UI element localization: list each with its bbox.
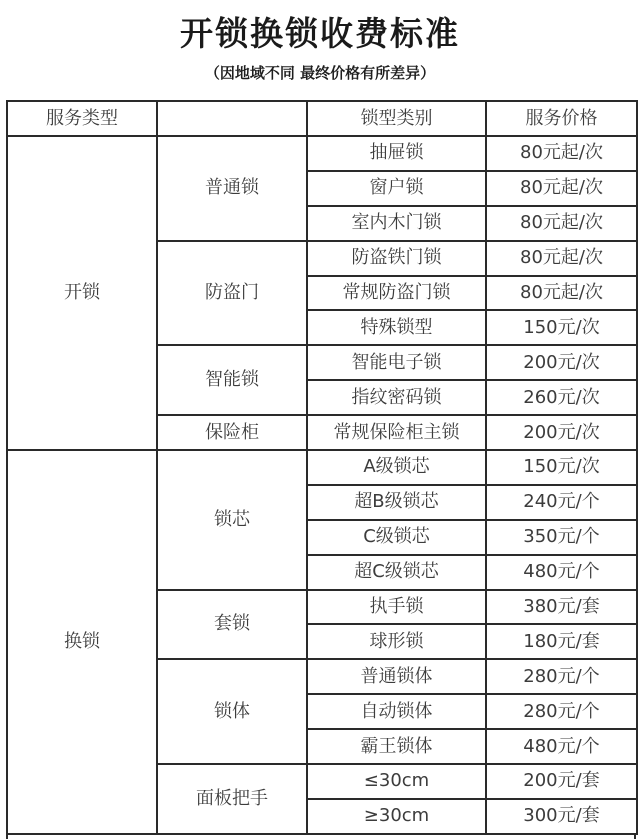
table-continuation-edge	[6, 833, 636, 839]
lock-type-cell: ≥30cm	[307, 799, 486, 834]
subcategory-cell: 套锁	[157, 590, 307, 660]
lock-type-cell: 防盗铁门锁	[307, 241, 486, 276]
price-cell: 180元/套	[486, 624, 637, 659]
price-cell: 80元起/次	[486, 276, 637, 311]
column-header-subcategory	[157, 101, 307, 136]
subcategory-cell: 面板把手	[157, 764, 307, 834]
lock-type-cell: 特殊锁型	[307, 310, 486, 345]
lock-type-cell: 室内木门锁	[307, 206, 486, 241]
lock-type-cell: 超B级锁芯	[307, 485, 486, 520]
price-cell: 350元/个	[486, 520, 637, 555]
service-type-cell: 换锁	[7, 450, 157, 834]
page-subtitle: （因地域不同 最终价格有所差异）	[0, 62, 640, 84]
lock-type-cell: ≤30cm	[307, 764, 486, 799]
lock-type-cell: 霸王锁体	[307, 729, 486, 764]
subcategory-cell: 锁体	[157, 659, 307, 764]
table-row: 换锁锁芯A级锁芯150元/次	[7, 450, 637, 485]
lock-type-cell: 球形锁	[307, 624, 486, 659]
price-cell: 150元/次	[486, 450, 637, 485]
column-header-price: 服务价格	[486, 101, 637, 136]
lock-type-cell: 普通锁体	[307, 659, 486, 694]
price-cell: 200元/次	[486, 345, 637, 380]
column-header-service-type: 服务类型	[7, 101, 157, 136]
subcategory-cell: 普通锁	[157, 136, 307, 241]
subcategory-cell: 保险柜	[157, 415, 307, 450]
table-row: 开锁普通锁抽屉锁80元起/次	[7, 136, 637, 171]
price-cell: 480元/个	[486, 729, 637, 764]
price-cell: 380元/套	[486, 590, 637, 625]
price-cell: 480元/个	[486, 555, 637, 590]
lock-type-cell: A级锁芯	[307, 450, 486, 485]
column-header-lock-type: 锁型类别	[307, 101, 486, 136]
lock-type-cell: 自动锁体	[307, 694, 486, 729]
price-cell: 200元/次	[486, 415, 637, 450]
price-cell: 280元/个	[486, 694, 637, 729]
price-cell: 300元/套	[486, 799, 637, 834]
lock-type-cell: 常规防盗门锁	[307, 276, 486, 311]
price-table: 服务类型 锁型类别 服务价格 开锁普通锁抽屉锁80元起/次窗户锁80元起/次室内…	[6, 100, 638, 835]
table-header-row: 服务类型 锁型类别 服务价格	[7, 101, 637, 136]
lock-type-cell: 超C级锁芯	[307, 555, 486, 590]
price-cell: 80元起/次	[486, 206, 637, 241]
page-title: 开锁换锁收费标准	[0, 12, 640, 56]
lock-type-cell: 指纹密码锁	[307, 380, 486, 415]
price-cell: 80元起/次	[486, 241, 637, 276]
lock-type-cell: C级锁芯	[307, 520, 486, 555]
price-cell: 200元/套	[486, 764, 637, 799]
lock-type-cell: 常规保险柜主锁	[307, 415, 486, 450]
price-cell: 260元/次	[486, 380, 637, 415]
service-type-cell: 开锁	[7, 136, 157, 450]
price-cell: 80元起/次	[486, 136, 637, 171]
lock-type-cell: 抽屉锁	[307, 136, 486, 171]
price-cell: 150元/次	[486, 310, 637, 345]
price-cell: 240元/个	[486, 485, 637, 520]
subcategory-cell: 智能锁	[157, 345, 307, 415]
price-cell: 80元起/次	[486, 171, 637, 206]
lock-type-cell: 执手锁	[307, 590, 486, 625]
subcategory-cell: 防盗门	[157, 241, 307, 346]
price-cell: 280元/个	[486, 659, 637, 694]
lock-type-cell: 智能电子锁	[307, 345, 486, 380]
lock-type-cell: 窗户锁	[307, 171, 486, 206]
subcategory-cell: 锁芯	[157, 450, 307, 590]
